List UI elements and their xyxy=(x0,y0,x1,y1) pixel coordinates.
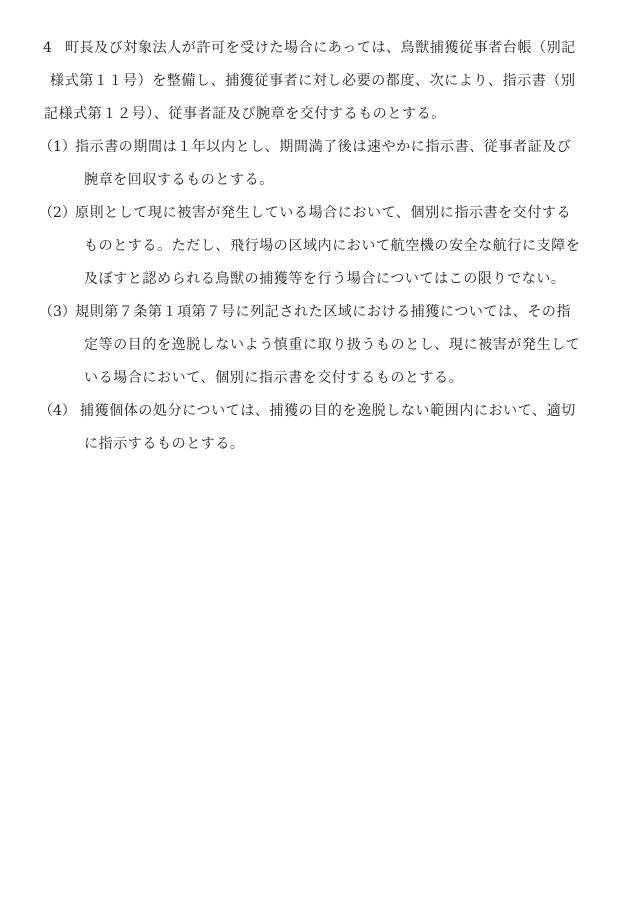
item-3-line-1: （3）規則第７条第１項第７号に列記された区域における捕獲については、その指 xyxy=(0,296,630,329)
item-2-marker: （2） xyxy=(39,197,75,230)
line-text: 原則として現に被害が発生している場合において、個別に指示書を交付する xyxy=(75,205,571,221)
line-text: 捕獲個体の処分については、捕獲の目的を逸脱しない範囲内において、適切 xyxy=(80,403,576,419)
item-3-line-2: 定等の目的を逸脱しないよう慎重に取り扱うものとし、現に被害が発生して xyxy=(0,329,630,362)
line-text: 指示書の期間は１年以内とし、期間満了後は速やかに指示書、従事者証及び xyxy=(75,139,571,155)
line-text: 及ぼすと認められる鳥獣の捕獲等を行う場合についてはこの限りでない。 xyxy=(84,271,566,287)
item-4-marker: （4） xyxy=(39,395,80,428)
item-4-line-2: に指示するものとする。 xyxy=(0,428,630,461)
line-text: に指示するものとする。 xyxy=(84,436,245,452)
line-text: 腕章を回収するものとする。 xyxy=(84,172,274,188)
line-text: 記様式第１２号）、従事者証及び腕章を交付するものとする。 xyxy=(44,106,446,122)
item-1-line-1: （1）指示書の期間は１年以内とし、期間満了後は速やかに指示書、従事者証及び xyxy=(0,131,630,164)
heading-line-3: 記様式第１２号）、従事者証及び腕章を交付するものとする。 xyxy=(0,98,630,131)
item-3-line-3: いる場合において、個別に指示書を交付するものとする。 xyxy=(0,362,630,395)
line-text: ものとする。ただし、飛行場の区域内において航空機の安全な航行に支障を xyxy=(84,238,580,254)
line-text: 町長及び対象法人が許可を受けた場合にあっては、鳥獣捕獲従事者台帳（別記 xyxy=(65,40,576,56)
item-1-marker: （1） xyxy=(39,131,75,164)
section-number: 4 xyxy=(43,32,65,65)
document-page: 4町長及び対象法人が許可を受けた場合にあっては、鳥獣捕獲従事者台帳（別記 様式第… xyxy=(0,0,630,915)
item-2-line-3: 及ぼすと認められる鳥獣の捕獲等を行う場合についてはこの限りでない。 xyxy=(0,263,630,296)
item-2-line-1: （2）原則として現に被害が発生している場合において、個別に指示書を交付する xyxy=(0,197,630,230)
line-text: 定等の目的を逸脱しないよう慎重に取り扱うものとし、現に被害が発生して xyxy=(84,337,580,353)
line-text: 様式第１１号）を整備し、捕獲従事者に対し必要の都度、次により、指示書（別 xyxy=(50,73,576,89)
line-text: いる場合において、個別に指示書を交付するものとする。 xyxy=(84,370,463,386)
item-3-marker: （3） xyxy=(39,296,75,329)
item-4-line-1: （4）捕獲個体の処分については、捕獲の目的を逸脱しない範囲内において、適切 xyxy=(0,395,630,428)
item-2-line-2: ものとする。ただし、飛行場の区域内において航空機の安全な航行に支障を xyxy=(0,230,630,263)
heading-line-2: 様式第１１号）を整備し、捕獲従事者に対し必要の都度、次により、指示書（別 xyxy=(0,65,630,98)
line-text: 規則第７条第１項第７号に列記された区域における捕獲については、その指 xyxy=(75,304,571,320)
item-1-line-2: 腕章を回収するものとする。 xyxy=(0,164,630,197)
heading-line-1: 4町長及び対象法人が許可を受けた場合にあっては、鳥獣捕獲従事者台帳（別記 xyxy=(0,32,630,65)
